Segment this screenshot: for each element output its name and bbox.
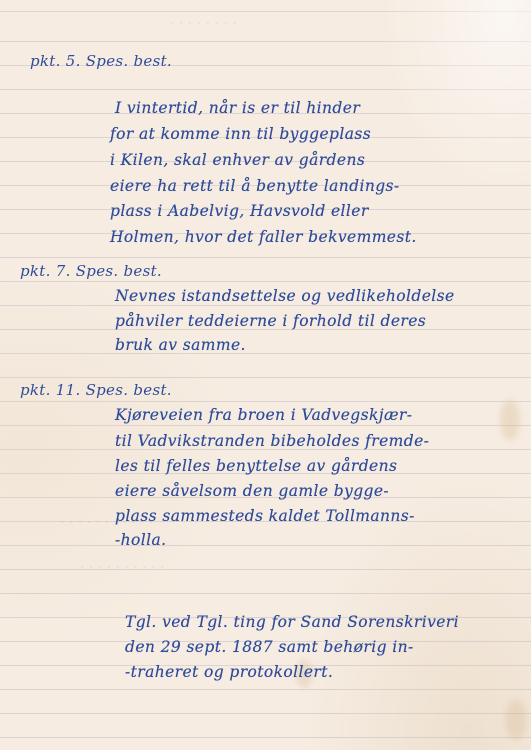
section-line: I vintertid, når is er til hinder [115,98,360,118]
section-line: -holla. [115,530,166,550]
section-line: bruk av samme. [115,335,246,355]
closing-line: den 29 sept. 1887 samt behørig in- [125,637,414,657]
section-line: for at komme inn til byggeplass [110,124,371,144]
section-label-pkt-7: pkt. 7. Spes. best. [20,262,162,280]
section-line: i Kilen, skal enhver av gårdens [110,150,365,170]
paper-stain [505,700,527,740]
section-line: plass sammesteds kaldet Tollmanns- [115,506,415,526]
section-line: Kjøreveien fra broen i Vadvegskjær- [115,405,412,425]
section-line: eiere såvelsom den gamle bygge- [115,481,389,501]
section-line: Holmen, hvor det faller bekvemmest. [110,227,417,247]
handwritten-document-page: · · · · · · · · · · · · · · · · · · · · … [0,0,531,750]
section-label-pkt-5: pkt. 5. Spes. best. [30,52,172,70]
section-line: Nevnes istandsettelse og vedlikeholdelse [115,286,455,306]
section-label-pkt-11: pkt. 11. Spes. best. [20,381,172,399]
bleed-through-text: · · · · · · · · [170,16,237,32]
closing-line: Tgl. ved Tgl. ting for Sand Sorenskriver… [125,612,459,632]
section-line: les til felles benyttelse av gårdens [115,456,397,476]
section-line: til Vadvikstranden bibeholdes fremde- [115,431,429,451]
bleed-through-text: · · · · · · · · · · [80,560,165,576]
closing-line: -traheret og protokollert. [125,662,333,682]
section-line: eiere ha rett til å benytte landings- [110,176,400,196]
paper-stain [500,400,520,440]
section-line: plass i Aabelvig, Havsvold eller [110,201,369,221]
section-line: påhviler teddeierne i forhold til deres [115,311,426,331]
